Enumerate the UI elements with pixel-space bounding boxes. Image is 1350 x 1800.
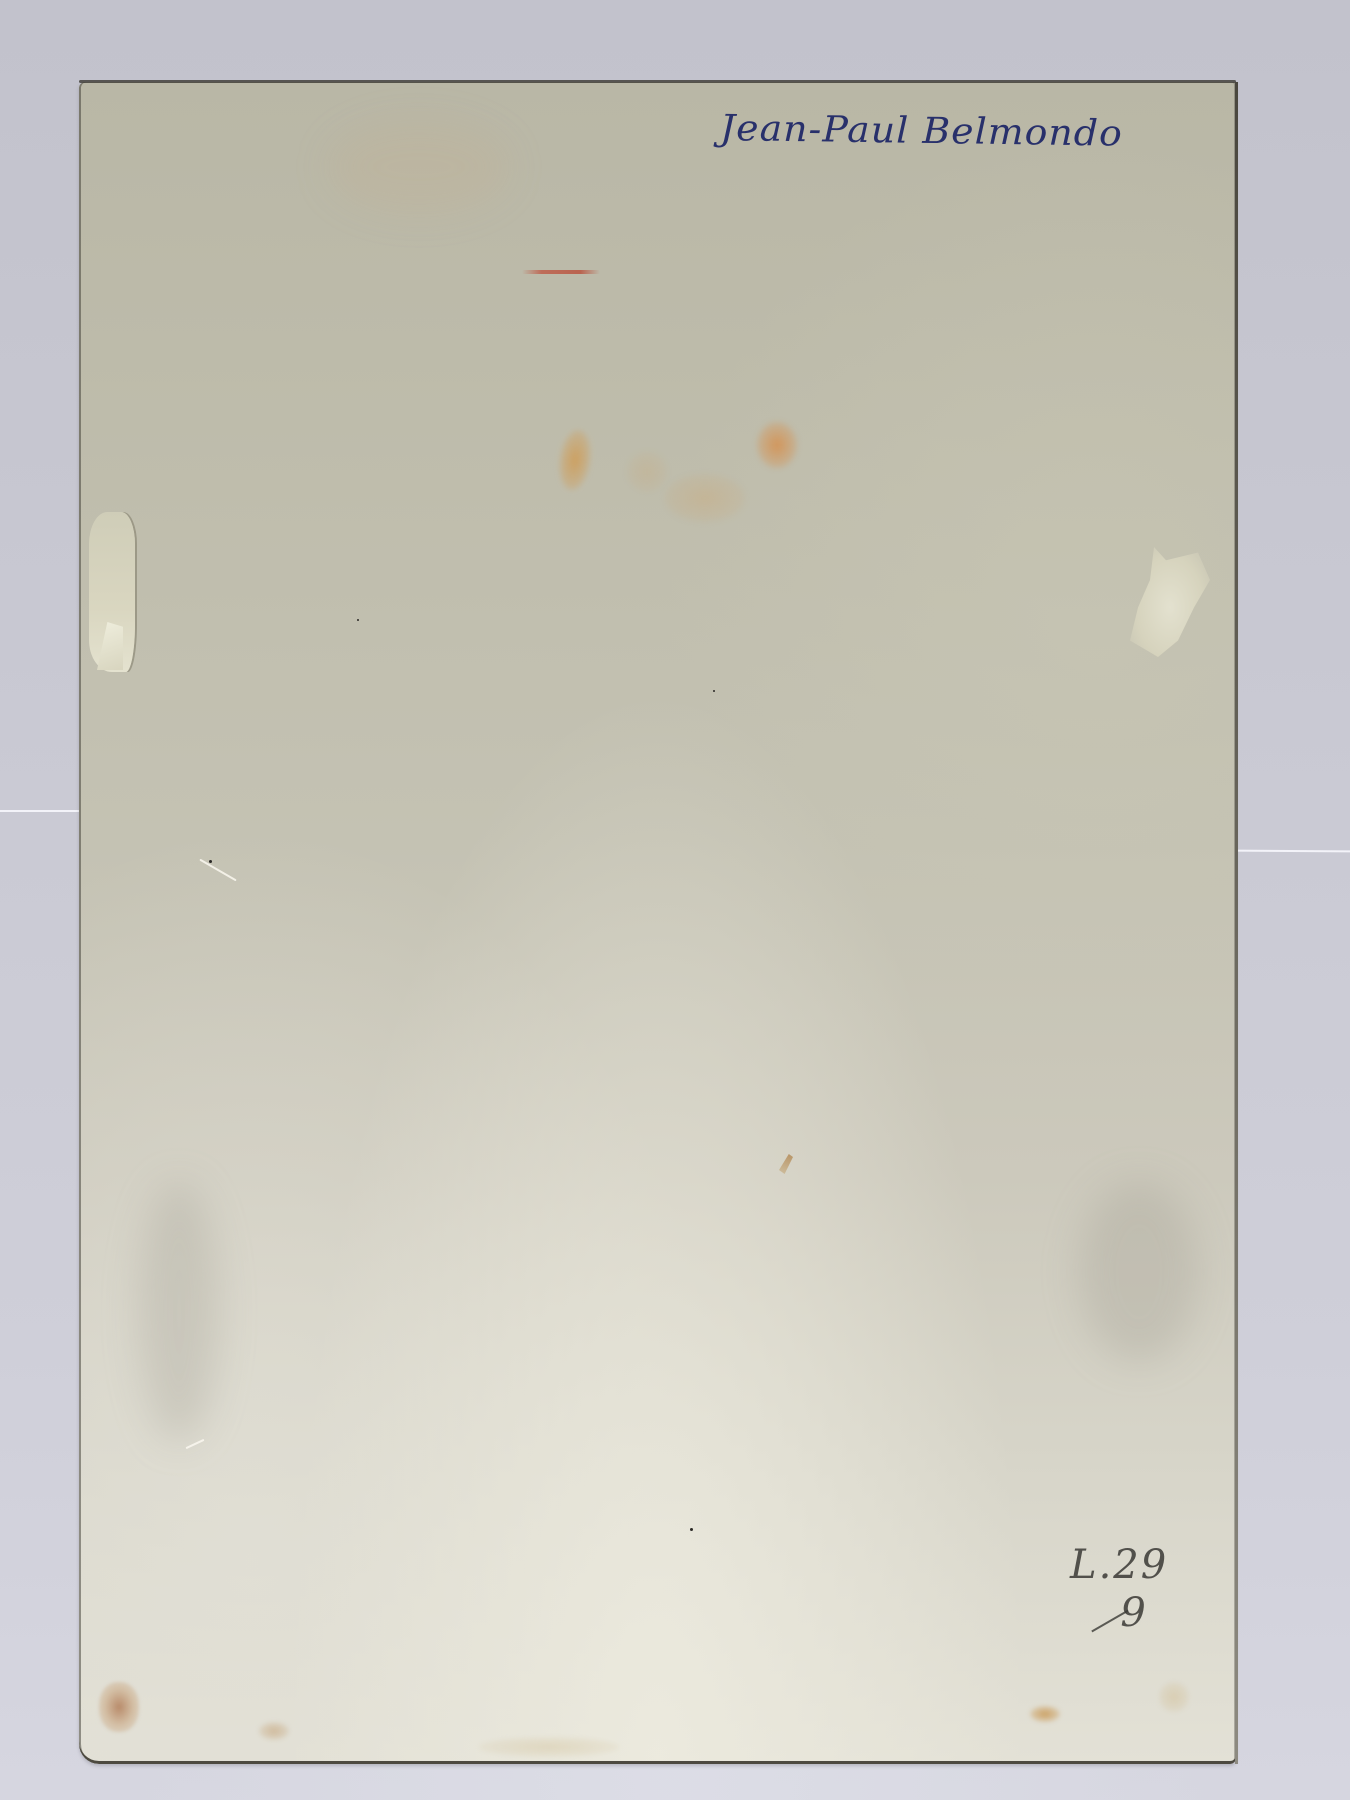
ink-speck [713, 690, 715, 692]
background-fold-line-left [0, 810, 90, 812]
ink-speck [209, 860, 212, 863]
bottom-stain [259, 1722, 289, 1740]
ink-speck [357, 619, 359, 621]
foxing-stain [665, 474, 745, 522]
paper-crease [199, 859, 236, 882]
print-top-edge [79, 80, 1236, 83]
paper-wave-shadow [1079, 1182, 1199, 1362]
foxing-stain [627, 452, 667, 492]
foxing-stain [556, 428, 594, 492]
bottom-stain [479, 1737, 619, 1757]
archive-code-line1: L.29 [1070, 1541, 1168, 1589]
archive-code-line2: 9 [1070, 1589, 1168, 1637]
photo-print-back: Jean-Paul Belmondo L.29 9 [79, 82, 1236, 1764]
handwritten-archive-code: L.29 9 [1070, 1541, 1168, 1637]
handwritten-subject-name: Jean-Paul Belmondo [720, 108, 1123, 155]
bottom-stain [1159, 1682, 1189, 1712]
ink-speck [690, 1528, 693, 1531]
foxing-stain [757, 422, 797, 468]
background-fold-line-right [1236, 850, 1350, 853]
corner-stain [99, 1682, 139, 1732]
paper-discoloration [329, 122, 509, 212]
tape-residue-right [1130, 547, 1210, 657]
red-pencil-mark [522, 270, 600, 274]
bottom-stain [1030, 1706, 1060, 1722]
print-right-edge [1235, 82, 1238, 1764]
paper-wave-shadow [139, 1182, 219, 1442]
debris-speck [779, 1154, 793, 1174]
paper-crease [186, 1439, 205, 1449]
